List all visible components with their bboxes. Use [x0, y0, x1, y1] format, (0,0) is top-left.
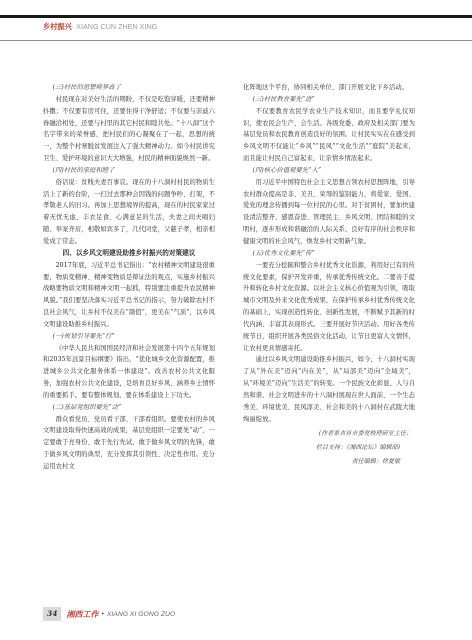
subheading-villagers-thinking: (三)村民的思想境界高了 [43, 82, 215, 94]
right-column: 化阵地这个平台，协同相关单位、部门开展文化下乡活动。 (三)村民教育要先“进” … [243, 82, 415, 469]
magazine-title-en: XIANG XI GONG ZUO [107, 611, 175, 618]
paragraph: 俗话说：贫贱夫妻百事哀。现在的十八洞村村民的物质生活上了新的台阶，一扫过去那种会… [43, 177, 215, 248]
paragraph: 群众看党员、党员看干部、干部看组织。要使农村的乡风文明建设取得快速高效的成果，基… [43, 414, 215, 473]
author-note: (作者系吉首市委党校理研室主任； [243, 427, 415, 441]
paragraph-continued: 化阵地这个平台，协同相关单位、部门开展文化下乡活动。 [243, 82, 415, 94]
paragraph: 一要充分挖掘和整合乡村优秀文化资源，利用好已有的传统文化要素，保护开发并重，传承… [243, 260, 415, 355]
top-rule [0, 15, 472, 18]
paragraph: 村民现在对美好生活的期盼，不仅是吃饱穿暖，还要精神抖擞；不仅要有房可住，还要住得… [43, 94, 215, 165]
paragraph: 《中华人民共和国国民经济和社会发展第十四个五年规划和2035年远景目标纲要》指出… [43, 343, 215, 402]
page-number: 34 [43, 607, 61, 621]
column-support-note: 栏目支持：《湘西论坛》编辑部) [243, 441, 415, 455]
subheading-party-organization: (二)基层党组织要先“动” [43, 402, 215, 414]
paragraph: 用习近平中国特色社会主义思想占领农村思想阵地，引导农村群众提高是非、美丑、荣辱的… [243, 177, 415, 248]
magazine-logo: 湘西工作 [66, 609, 98, 620]
paragraph: 2017年底，习近平总书记指出：“农村精神文明建设很重要，物质变精神、精神变物质… [43, 260, 215, 331]
paragraph: 通过以乡风文明建设助推乡村振兴，如今，十八洞村实现了从“外在美”迈向“内在美”，… [243, 354, 415, 425]
running-header: 乡村振兴· XIANG CUN ZHEN XING [43, 22, 157, 32]
bullet-separator: • [101, 611, 103, 618]
left-column: (三)村民的思想境界高了 村民现在对美好生活的期盼，不仅是吃饱穿暖，还要精神抖擞… [43, 82, 215, 473]
subheading-family-harmony: (四)村民的家庭和睦了 [43, 165, 215, 177]
header-rule [0, 40, 472, 41]
subheading-villager-education: (三)村民教育要先“进” [243, 94, 415, 106]
section-title-en: XIANG CUN ZHEN XING [74, 22, 157, 31]
paragraph: 不仅要教育农民学农业生产技术知识，而且要学礼仪知识，使农民会生产、会生活。各级党… [243, 106, 415, 165]
subheading-core-values: (四)核心价值观要先“入” [243, 165, 415, 177]
responsible-editor: 责任编辑：徐夏敏 [243, 455, 415, 469]
section-heading-suggestions: 四、以乡风文明建设助推乡村振兴的对策建议 [43, 248, 215, 260]
page-footer: 34 湘西工作 • XIANG XI GONG ZUO [43, 606, 175, 622]
section-title-cn: 乡村振兴 [43, 22, 72, 31]
subheading-planning: (一)规划引导要先“行” [43, 331, 215, 343]
subheading-excellent-culture: (五)优秀文化要先“传” [243, 248, 415, 260]
